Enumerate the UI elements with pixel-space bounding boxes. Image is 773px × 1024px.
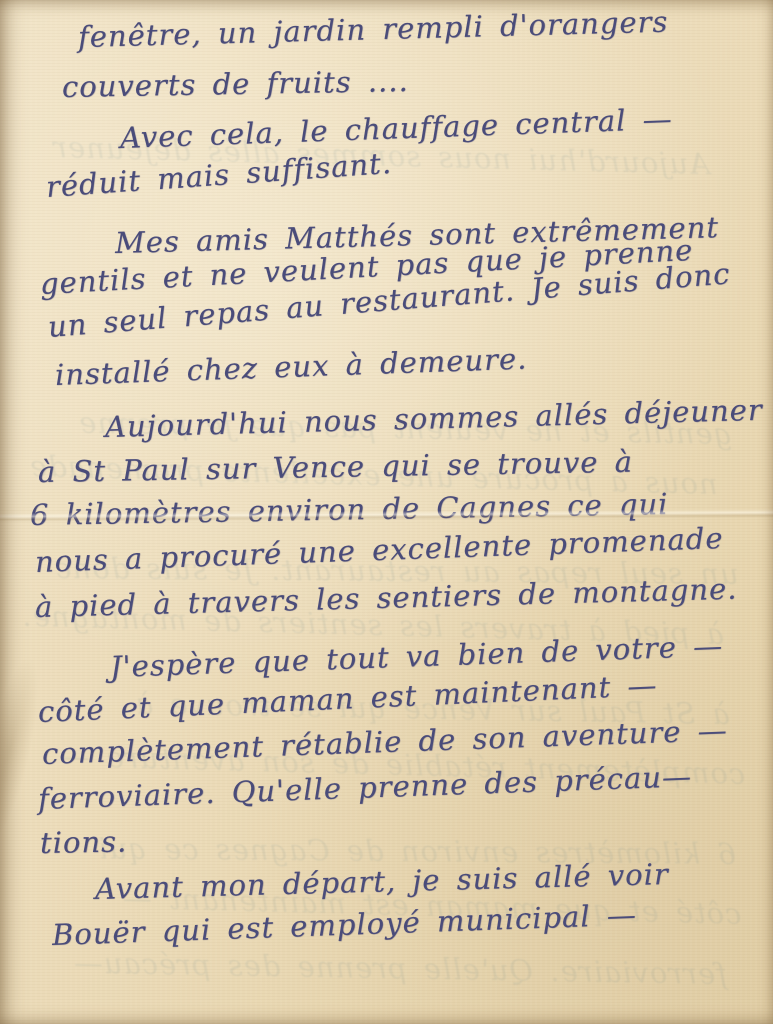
handwritten-line: couverts de fruits .... <box>62 64 409 104</box>
handwritten-line: à pied à travers les sentiers de montagn… <box>35 572 738 624</box>
handwritten-line: installé chez eux à demeure. <box>54 342 527 392</box>
handwritten-line: à St Paul sur Vence qui se trouve à <box>38 445 634 489</box>
handwritten-line: Aujourd'hui nous sommes allés déjeuner <box>105 393 764 444</box>
handwritten-line: Avec cela, le chauffage central — <box>119 102 673 155</box>
handwritten-line: tions. <box>40 824 128 860</box>
letter-page: Aujourd'hui nous sommes allés déjeuner g… <box>0 0 773 1024</box>
handwritten-line: réduit mais suffisant. <box>45 146 393 204</box>
handwritten-line: Bouër qui est employé municipal — <box>51 898 637 952</box>
handwritten-line: fenêtre, un jardin rempli d'orangers <box>78 5 669 54</box>
ghost-line: ferroviaire. Qu'elle prenne des précau— <box>73 946 728 991</box>
